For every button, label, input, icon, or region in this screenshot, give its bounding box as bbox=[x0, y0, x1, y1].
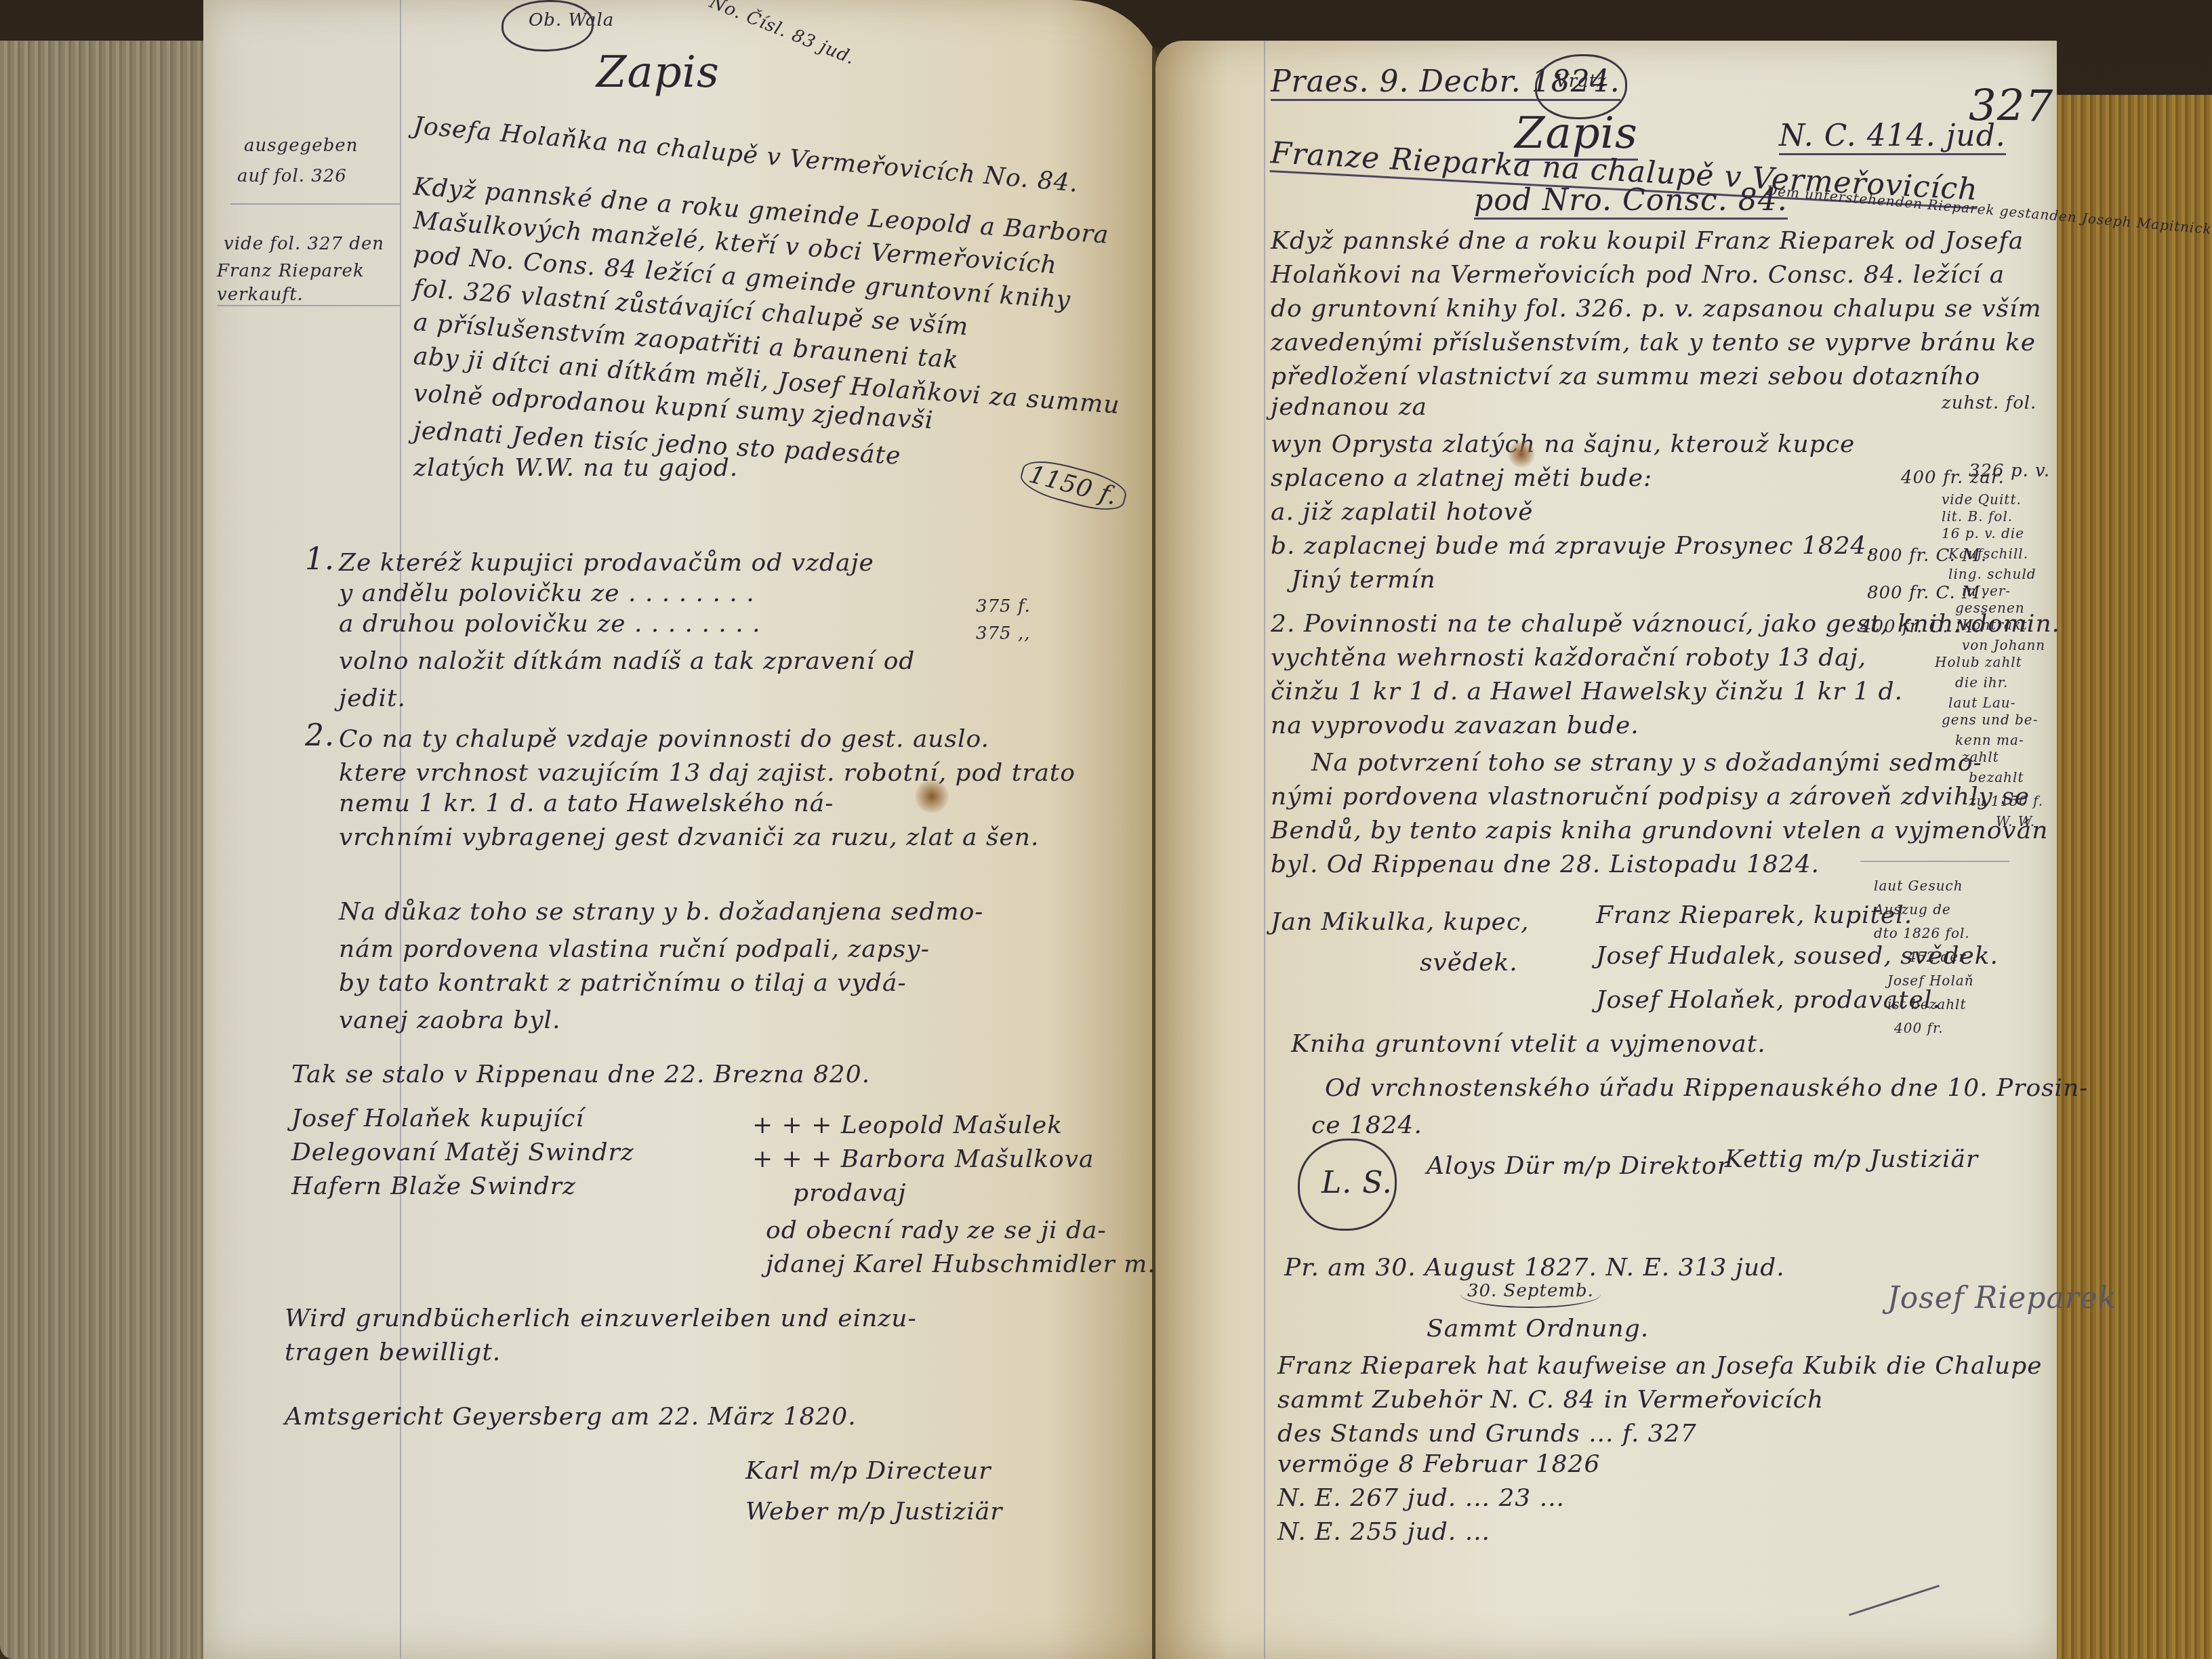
right-page: Praes. 9. Decbr. 1824. Vratz Zapis N. C.… bbox=[1155, 41, 2057, 1659]
entry-subtitle-consc: pod Nro. Consc. 84. bbox=[1474, 183, 1788, 220]
item-marker: 1. bbox=[305, 542, 335, 577]
left-page-stack-edges bbox=[0, 41, 224, 1659]
ink-stain bbox=[1508, 441, 1535, 468]
footer-circled-date: 30. Septemb. bbox=[1460, 1281, 1601, 1308]
footer-presentation: Pr. am 30. August 1827. N. E. 313 jud. bbox=[1284, 1254, 1785, 1282]
amount: 375 ,, bbox=[976, 623, 1030, 644]
page-title: Zapis bbox=[596, 47, 720, 98]
margin-rule bbox=[1264, 41, 1265, 1659]
closing-date: Tak se stalo v Rippenau dne 22. Brezna 8… bbox=[291, 1061, 870, 1088]
circled-amount: 1150 f. bbox=[1017, 455, 1130, 517]
margin-divider bbox=[230, 203, 400, 205]
circled-note: Vratz bbox=[1555, 71, 1607, 91]
left-page: Ob. Wala No. Čísl. 83 jud. Zapis ausgege… bbox=[203, 0, 1166, 1659]
circled-note-outline bbox=[501, 0, 594, 52]
top-reference-note: No. Čísl. 83 jud. bbox=[707, 0, 859, 69]
office-date: ce 1824. bbox=[1311, 1111, 1422, 1139]
official-signature: Aloys Dür m/p Direktor bbox=[1427, 1152, 1729, 1180]
right-page-stack-gilt-edges bbox=[2036, 95, 2212, 1659]
official-signature: Kettig m/p Justiziär bbox=[1725, 1145, 1978, 1173]
seal-text: L. S. bbox=[1322, 1166, 1393, 1200]
approval-line: Kniha gruntovní vtelit a vyjmenovat. bbox=[1291, 1030, 1766, 1058]
margin-divider bbox=[217, 305, 400, 306]
pencil-arrow-mark bbox=[1849, 1584, 1940, 1616]
page-number: 327 bbox=[1969, 81, 2053, 131]
margin-divider bbox=[1860, 861, 2009, 862]
pencil-signature: Josef Rieparek bbox=[1887, 1281, 2116, 1315]
item-marker: 2. bbox=[305, 718, 335, 753]
footer-title: Sammt Ordnung. bbox=[1427, 1315, 1649, 1343]
office-line: Od vrchnostenského úřadu Rippenauského d… bbox=[1325, 1074, 2088, 1102]
amount: 375 f. bbox=[976, 596, 1031, 617]
ink-stain bbox=[915, 779, 949, 813]
